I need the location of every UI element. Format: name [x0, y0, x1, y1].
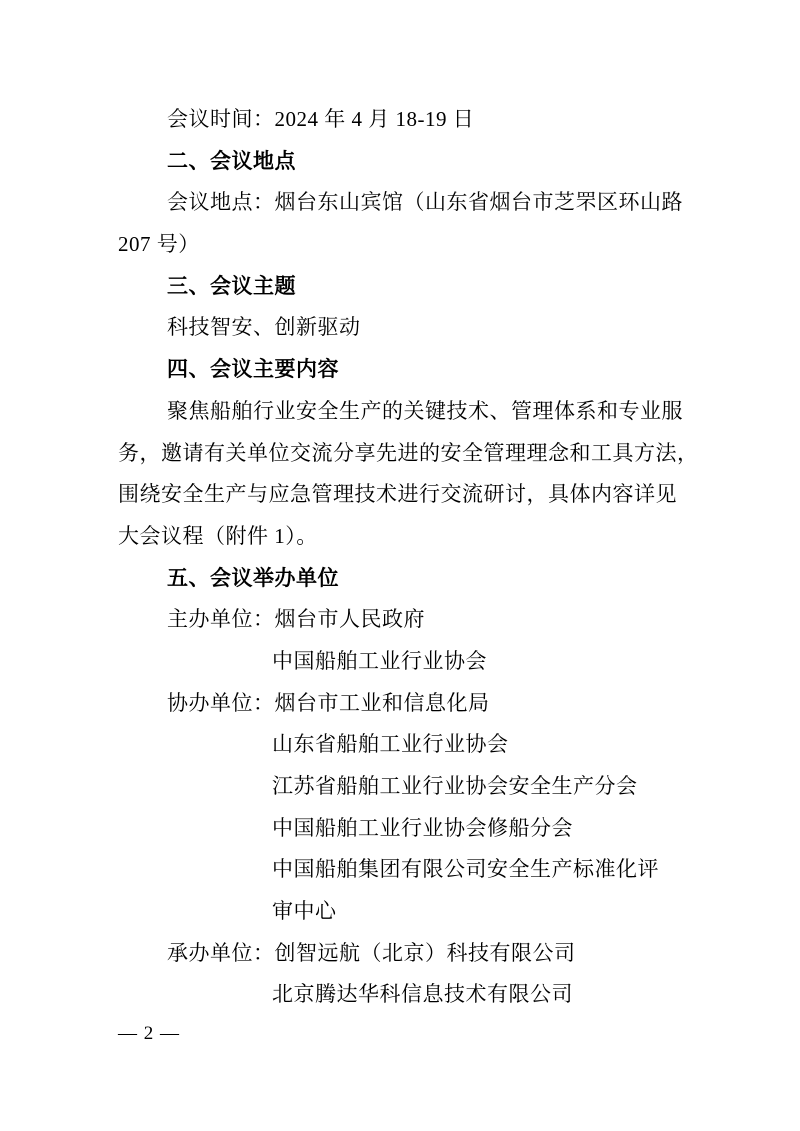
heading-organizers: 五、会议举办单位 [118, 558, 688, 600]
co-organizer-line-5: 中国船舶集团有限公司安全生产标准化评 [118, 849, 688, 891]
meeting-location-line-1: 会议地点：烟台东山宾馆（山东省烟台市芝罘区环山路 [118, 182, 688, 224]
meeting-theme-line: 科技智安、创新驱动 [118, 307, 688, 349]
page-number: — 2 — [118, 1021, 180, 1047]
meeting-content-line-4: 大会议程（附件 1）。 [118, 516, 688, 558]
meeting-time-line: 会议时间：2024 年 4 月 18-19 日 [118, 99, 688, 141]
co-organizer-line-3: 江苏省船舶工业行业协会安全生产分会 [118, 766, 688, 808]
heading-meeting-theme: 三、会议主题 [118, 266, 688, 308]
co-organizer-line-6: 审中心 [118, 891, 688, 933]
meeting-content-line-1: 聚焦船舶行业安全生产的关键技术、管理体系和专业服 [118, 391, 688, 433]
host-unit-line-2: 中国船舶工业行业协会 [118, 641, 688, 683]
undertaker-line-2: 北京腾达华科信息技术有限公司 [118, 974, 688, 1016]
co-organizer-line-1: 协办单位：烟台市工业和信息化局 [118, 683, 688, 725]
meeting-content-line-2: 务，邀请有关单位交流分享先进的安全管理理念和工具方法， [118, 433, 688, 475]
co-organizer-line-4: 中国船舶工业行业协会修船分会 [118, 808, 688, 850]
meeting-location-line-2: 207 号） [118, 224, 688, 266]
heading-meeting-content: 四、会议主要内容 [118, 349, 688, 391]
co-organizer-line-2: 山东省船舶工业行业协会 [118, 724, 688, 766]
undertaker-line-1: 承办单位：创智远航（北京）科技有限公司 [118, 933, 688, 975]
heading-meeting-location: 二、会议地点 [118, 141, 688, 183]
meeting-content-line-3: 围绕安全生产与应急管理技术进行交流研讨，具体内容详见 [118, 474, 688, 516]
document-body: 会议时间：2024 年 4 月 18-19 日 二、会议地点 会议地点：烟台东山… [118, 99, 688, 1016]
host-unit-line-1: 主办单位：烟台市人民政府 [118, 599, 688, 641]
document-page: 会议时间：2024 年 4 月 18-19 日 二、会议地点 会议地点：烟台东山… [0, 0, 800, 1131]
